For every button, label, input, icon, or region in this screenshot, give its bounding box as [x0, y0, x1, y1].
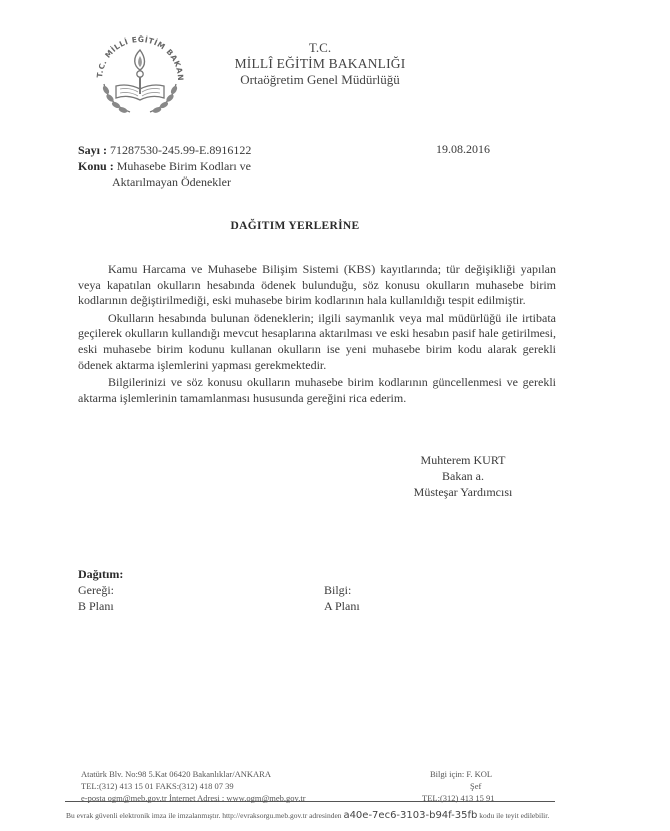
- document-date: 19.08.2016: [436, 142, 490, 157]
- verification-code: a40e-7ec6-3103-b94f-35fb: [343, 810, 477, 821]
- reference-block: Sayı : 71287530-245.99-E.8916122 Konu : …: [78, 142, 251, 190]
- gere-label: Gereği:: [78, 582, 123, 598]
- footer-phone-fax: TEL:(312) 413 15 01 FAKS:(312) 418 07 39: [81, 780, 306, 792]
- signatory-on-behalf: Bakan a.: [398, 468, 528, 484]
- footer-address: Atatürk Blv. No:98 5.Kat 06420 Bakanlıkl…: [81, 768, 306, 780]
- distribution-label: Dağıtım:: [78, 567, 123, 581]
- konu-value-line2: Aktarılmayan Ödenekler: [78, 174, 251, 190]
- letter-body: Kamu Harcama ve Muhasebe Bilişim Sistemi…: [78, 262, 556, 408]
- letterhead: T.C. MİLLÎ EĞİTİM BAKANLIĞI Ortaöğretim …: [220, 40, 420, 88]
- paragraph: Kamu Harcama ve Muhasebe Bilişim Sistemi…: [78, 262, 556, 309]
- signature-block: Muhterem KURT Bakan a. Müsteşar Yardımcı…: [398, 452, 528, 500]
- footer-address-block: Atatürk Blv. No:98 5.Kat 06420 Bakanlıkl…: [81, 768, 306, 804]
- letterhead-directorate: Ortaöğretim Genel Müdürlüğü: [220, 72, 420, 88]
- signatory-name: Muhterem KURT: [398, 452, 528, 468]
- sayi-value: 71287530-245.99-E.8916122: [110, 143, 251, 157]
- signatory-title: Müsteşar Yardımcısı: [398, 484, 528, 500]
- gere-value: B Planı: [78, 598, 123, 614]
- sayi-label: Sayı: [78, 143, 100, 157]
- footer-contact-phone: TEL:(312) 413 15 91: [422, 792, 532, 804]
- verification-prefix: Bu evrak güvenli elektronik imza ile imz…: [66, 811, 342, 820]
- sayi-row: Sayı : 71287530-245.99-E.8916122: [78, 142, 251, 158]
- konu-label: Konu: [78, 159, 107, 173]
- konu-row: Konu : Muhasebe Birim Kodları ve: [78, 158, 251, 174]
- svg-text:T.C. MİLLİ EĞİTİM BAKANLIĞI: T.C. MİLLİ EĞİTİM BAKANLIĞI: [80, 22, 185, 81]
- document-title: DAĞITIM YERLERİNE: [0, 220, 590, 232]
- bilgi-label: Bilgi:: [324, 582, 360, 598]
- footer-contact-role: Şef: [422, 780, 532, 792]
- paragraph: Bilgilerinizi ve söz konusu okulların mu…: [78, 375, 556, 406]
- letterhead-tc: T.C.: [220, 40, 420, 56]
- paragraph: Okulların hesabında bulunan ödeneklerin;…: [78, 311, 556, 373]
- distribution-block: Dağıtım: Gereği: B Planı: [78, 566, 123, 614]
- footer-contact-name: Bilgi için: F. KOL: [422, 768, 532, 780]
- bilgi-block: Bilgi: A Planı: [324, 582, 360, 614]
- meb-emblem-icon: T.C. MİLLİ EĞİTİM BAKANLIĞI: [80, 22, 200, 122]
- verification-suffix: kodu ile teyit edilebilir.: [479, 811, 549, 820]
- letterhead-ministry: MİLLÎ EĞİTİM BAKANLIĞI: [220, 56, 420, 72]
- bilgi-value: A Planı: [324, 598, 360, 614]
- footer-divider: [65, 801, 555, 802]
- footer-email-web: e-posta ogm@meb.gov.tr İnternet Adresi :…: [81, 792, 306, 804]
- footer-contact-block: Bilgi için: F. KOL Şef TEL:(312) 413 15 …: [422, 768, 532, 804]
- verification-line: Bu evrak güvenli elektronik imza ile imz…: [66, 810, 549, 821]
- konu-value-line1: Muhasebe Birim Kodları ve: [117, 159, 251, 173]
